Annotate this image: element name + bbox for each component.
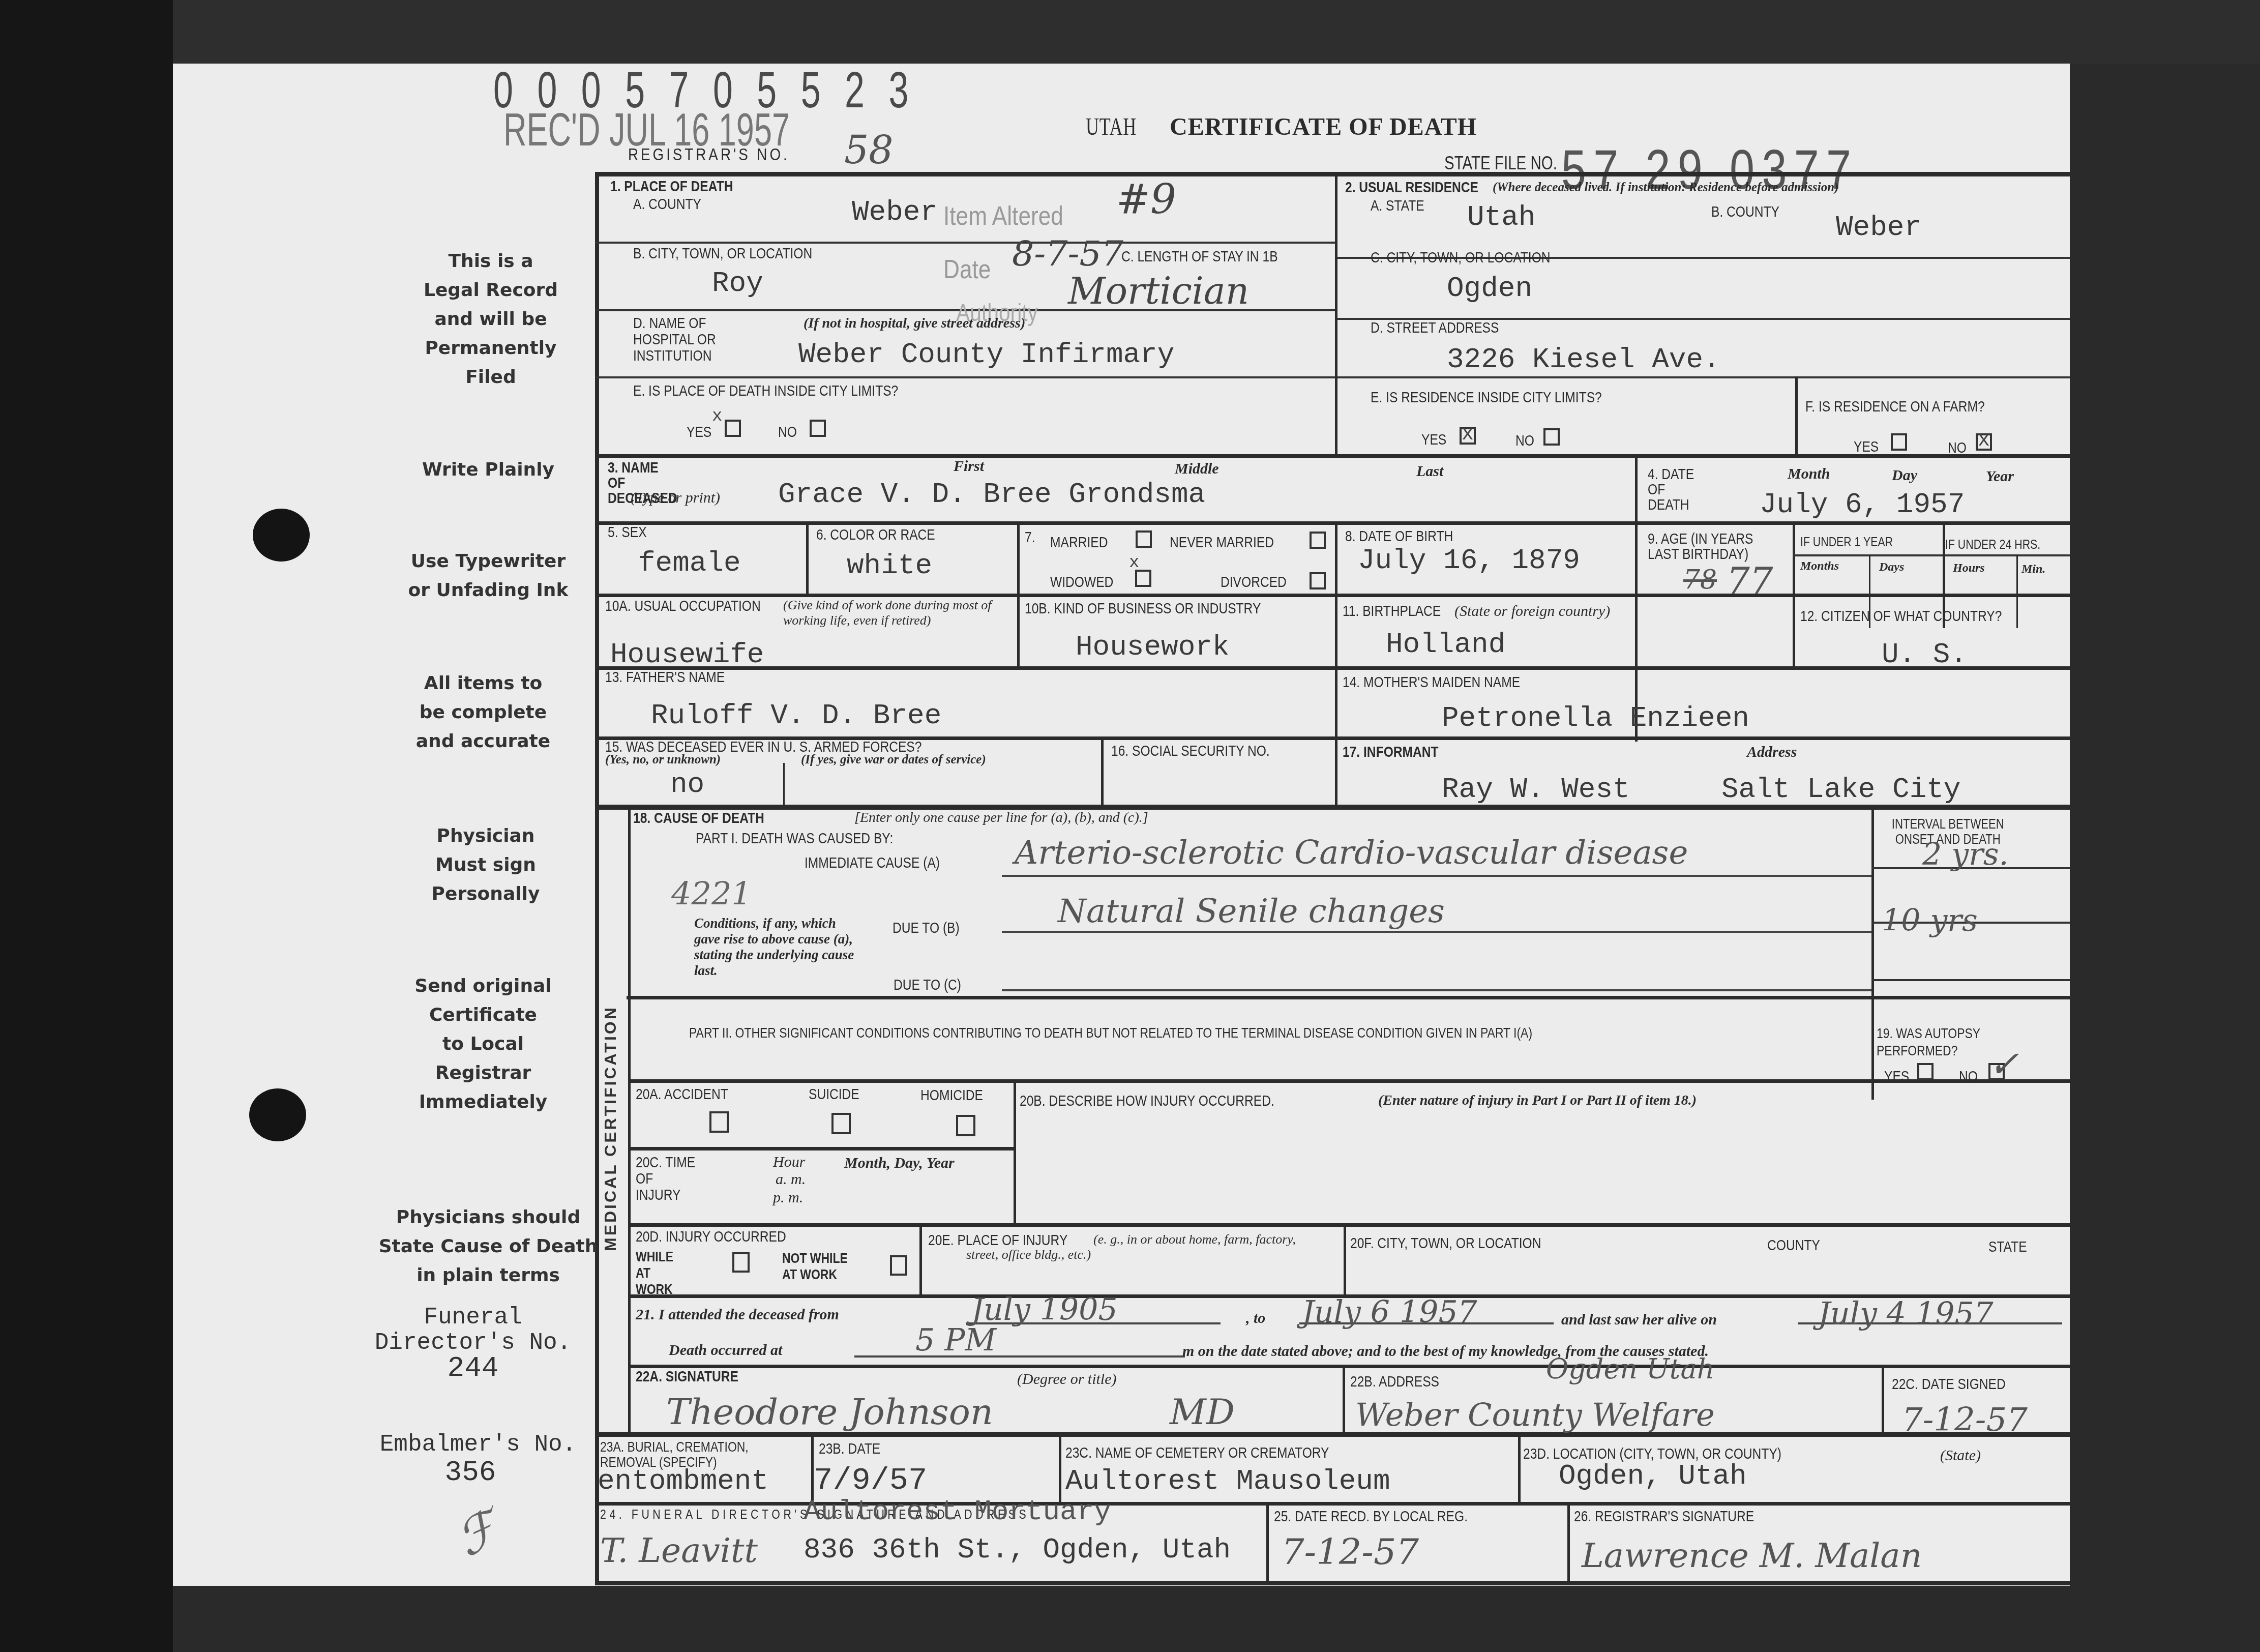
- cause-line-c: [1002, 989, 1871, 991]
- father-name: Ruloff V. D. Bree: [651, 699, 941, 732]
- cause-of-death-hint: [Enter only one cause per line for (a), …: [854, 810, 1148, 826]
- degree-label: (Degree or title): [1017, 1371, 1116, 1388]
- first-label: First: [954, 458, 984, 475]
- farm-no-label: NO: [1948, 439, 1967, 457]
- not-while-at-work-label: NOT WHILE AT WORK: [782, 1250, 849, 1283]
- min-label: Min.: [2021, 563, 2045, 576]
- date-recd-label: 25. DATE RECD. BY LOCAL REG.: [1274, 1508, 1468, 1525]
- birthplace-label: 11. BIRTHPLACE: [1343, 603, 1441, 620]
- location-state-label: (State): [1940, 1447, 1981, 1464]
- attended-to: July 6 1957: [1302, 1294, 1477, 1330]
- hospital-name: Weber County Infirmary: [798, 338, 1174, 371]
- residence-city: Ogden: [1447, 272, 1532, 305]
- divider: [1795, 376, 1798, 454]
- divider: [628, 1223, 2070, 1227]
- date-recd: 7-12-57: [1282, 1531, 1419, 1573]
- residence-state-label: a. STATE: [1371, 197, 1424, 215]
- immediate-cause-label: IMMEDIATE CAUSE (a): [805, 854, 940, 872]
- not-while-at-work-checkbox[interactable]: [890, 1255, 907, 1276]
- divider: [1871, 979, 2070, 981]
- divider: [919, 1223, 922, 1296]
- never-married-checkbox[interactable]: [1310, 532, 1326, 549]
- divider: [628, 1079, 2070, 1083]
- injury-desc-hint: (Enter nature of injury in Part I or Par…: [1378, 1093, 1697, 1109]
- accident-label: 20a. ACCIDENT: [636, 1086, 728, 1103]
- divider: [595, 454, 2070, 458]
- industry-label: 10b. KIND OF BUSINESS OR INDUSTRY: [1025, 600, 1261, 617]
- age-label: 9. AGE (In years last birthday): [1648, 532, 1765, 562]
- birthplace-hint: (State or foreign country): [1454, 603, 1610, 620]
- death-at-label: Death occurred at: [669, 1342, 782, 1359]
- injury-state-label: STATE: [1988, 1238, 2027, 1256]
- mother-maiden-name: Petronella Enzieen: [1442, 702, 1749, 734]
- farm-label: f. IS RESIDENCE ON A FARM?: [1805, 398, 1985, 416]
- part2-label: PART II. OTHER SIGNIFICANT CONDITIONS CO…: [689, 1025, 1532, 1041]
- divider: [1567, 1502, 1570, 1583]
- cause-line-b: [1002, 931, 1871, 933]
- form-border: [595, 172, 2070, 176]
- date-altered-value: 8-7-57: [1012, 234, 1123, 274]
- divider: [595, 376, 2070, 378]
- medical-certification-label: MEDICAL CERTIFICATION: [601, 1006, 620, 1251]
- item-altered-stamp: Item Altered: [943, 201, 1063, 231]
- marital-label: 7.: [1025, 529, 1035, 546]
- divider: [1335, 666, 1337, 736]
- cemetery-label: 23c. NAME OF CEMETERY OR CREMATORY: [1065, 1444, 1329, 1462]
- last-saw: July 4 1957: [1818, 1296, 1994, 1332]
- farm-yes-label: YES: [1854, 438, 1879, 456]
- day-label: Day: [1892, 467, 1917, 484]
- burial-date: 7/9/57: [814, 1462, 927, 1498]
- inside-city-label: e. IS PLACE OF DEATH INSIDE CITY LIMITS?: [633, 382, 898, 400]
- divorced-label: DIVORCED: [1221, 574, 1287, 591]
- x-mark: x: [1462, 423, 1474, 446]
- occupation-hint: (Give kind of work done during most of w…: [783, 598, 1012, 628]
- divider: [595, 666, 2070, 670]
- cemetery-name: Aultorest Mausoleum: [1065, 1465, 1390, 1497]
- sex-label: 5. SEX: [608, 524, 647, 541]
- sidebar-note-typewriter: Use Typewriter or Unfading Ink: [386, 547, 590, 605]
- divider: [595, 242, 1335, 244]
- hole-punch: [253, 509, 310, 562]
- funeral-director-no-label: Funeral Director's No.: [366, 1305, 580, 1355]
- burial-date-label: 23b. DATE: [819, 1440, 880, 1458]
- date-signed-label: 22c. DATE SIGNED: [1892, 1376, 2006, 1393]
- hospital-label: d. NAME OF HOSPITAL OR INSTITUTION: [633, 315, 737, 364]
- due-to-b-label: DUE TO (b): [893, 920, 960, 937]
- physician-degree: MD: [1170, 1391, 1235, 1433]
- sex: female: [638, 547, 741, 579]
- days-label: Days: [1879, 560, 1904, 574]
- autopsy-yes-label: YES: [1884, 1068, 1909, 1085]
- autopsy-no-label: NO: [1959, 1068, 1978, 1085]
- divider: [1266, 1502, 1269, 1583]
- informant-address-label: Address: [1747, 744, 1797, 761]
- street-label: d. STREET ADDRESS: [1371, 319, 1499, 337]
- registrar-no-label: REGISTRAR'S NO.: [628, 145, 790, 165]
- divider: [1014, 1079, 1016, 1226]
- county-label: a. COUNTY: [633, 196, 701, 213]
- suicide-label: SUICIDE: [809, 1086, 859, 1103]
- year-label: Year: [1986, 468, 2014, 485]
- month-label: Month: [1788, 465, 1830, 483]
- divider: [806, 521, 809, 595]
- divider: [2016, 554, 2018, 628]
- residence-no-label: NO: [1515, 432, 1534, 450]
- attended-label: 21. I attended the deceased from: [636, 1306, 839, 1323]
- residence-county-label: b. COUNTY: [1711, 203, 1779, 221]
- divider: [1518, 1434, 1521, 1503]
- item-altered-value: #9: [1116, 175, 1176, 223]
- registrar-signature-label: 26. REGISTRAR'S SIGNATURE: [1574, 1508, 1754, 1525]
- autopsy-label: 19. WAS AUTOPSY PERFORMED?: [1877, 1025, 1989, 1059]
- interval-a: 2 yrs.: [1922, 837, 2009, 872]
- divider: [1635, 454, 1638, 742]
- cause-of-death-header: 18. CAUSE OF DEATH: [633, 810, 764, 827]
- part1-label: PART I. DEATH WAS CAUSED BY:: [696, 830, 893, 847]
- sidebar-note-plain-terms: Physicians should State Cause of Death i…: [376, 1203, 600, 1290]
- accident-checkbox[interactable]: [709, 1111, 729, 1133]
- divider: [1871, 996, 1874, 1079]
- am-label: a. m.: [776, 1171, 806, 1188]
- widowed-label: WIDOWED: [1050, 574, 1113, 591]
- divider: [1343, 1365, 1345, 1433]
- residence-county: Weber: [1836, 211, 1921, 244]
- injury-city-label: 20f. CITY, TOWN, OR LOCATION: [1350, 1235, 1541, 1252]
- embalmer-no-label: Embalmer's No.: [371, 1432, 585, 1457]
- ssn-label: 16. SOCIAL SECURITY NO.: [1111, 743, 1270, 760]
- citizen-label: 12. CITIZEN OF WHAT COUNTRY?: [1800, 608, 2002, 625]
- residence-yes-label: YES: [1421, 431, 1446, 449]
- divider: [783, 763, 785, 806]
- divider: [595, 521, 2070, 525]
- autopsy-yes-checkbox[interactable]: [1917, 1063, 1934, 1080]
- age-struck: 78: [1683, 565, 1717, 595]
- divider: [1059, 1434, 1061, 1503]
- divider: [595, 594, 2070, 597]
- pm-label: p. m.: [773, 1189, 803, 1206]
- x-mark: x: [712, 407, 722, 426]
- due-to-b: Natural Senile changes: [1058, 893, 1445, 930]
- under-1-year-label: IF UNDER 1 YEAR: [1800, 534, 1893, 550]
- physician-address-line1: Ogden Utah: [1546, 1353, 1715, 1385]
- divider: [1344, 1223, 1346, 1296]
- injury-occurred-label: 20d. INJURY OCCURRED: [636, 1228, 786, 1246]
- length-of-stay-label: c. LENGTH OF STAY IN 1b: [1121, 248, 1278, 265]
- sidebar-note-physician-sign: Physician Must sign Personally: [384, 821, 587, 908]
- divider: [1335, 172, 1337, 454]
- injury-desc-label: 20b. DESCRIBE HOW INJURY OCCURRED.: [1020, 1093, 1274, 1110]
- scan-background-top: [173, 0, 2260, 64]
- date-signed: 7-12-57: [1902, 1401, 2028, 1439]
- months-label: Months: [1800, 559, 1839, 573]
- divider: [628, 1147, 1014, 1150]
- authority-value: Mortician: [1068, 270, 1249, 312]
- date-of-death-label: 4. DATE OF DEATH: [1648, 467, 1698, 513]
- x-mark: x: [1129, 553, 1139, 573]
- place-injury-hint: (e. g., in or about home, farm, factory,…: [966, 1232, 1322, 1262]
- date-of-birth: July 16, 1879: [1358, 544, 1580, 577]
- deceased-name-hint: (Type or print): [631, 489, 720, 507]
- x-mark: x: [1978, 429, 1990, 452]
- armed-forces-hint-b: (If yes, give war or dates of service): [801, 753, 986, 767]
- usual-occupation: Housewife: [610, 638, 764, 671]
- hour-label: Hour: [773, 1154, 805, 1171]
- usual-residence-header: 2. USUAL RESIDENCE: [1345, 179, 1478, 196]
- armed-forces-hint-a: (Yes, no, or unknown): [605, 753, 721, 767]
- inside-city-no-checkbox[interactable]: [810, 420, 826, 437]
- embalmer-no: 356: [364, 1460, 577, 1485]
- hole-punch: [249, 1088, 306, 1141]
- citizenship: U. S.: [1882, 638, 1967, 671]
- occupation-label: 10a. USUAL OCCUPATION: [605, 598, 761, 615]
- form-border: [595, 172, 599, 1585]
- armed-forces: no: [670, 768, 704, 801]
- father-label: 13. FATHER'S NAME: [605, 669, 725, 686]
- last-saw-label: and last saw her alive on: [1561, 1311, 1717, 1329]
- sidebar-note-complete: All items to be complete and accurate: [381, 669, 585, 756]
- divider: [1882, 1365, 1884, 1433]
- cause-code: 4221: [671, 875, 752, 912]
- inside-city-no-label: NO: [778, 424, 797, 441]
- divider: [1793, 554, 2070, 556]
- informant-name: Ray W. West: [1442, 773, 1630, 806]
- divider: [628, 1365, 2070, 1368]
- sidebar-note-send-original: Send original Certificate to Local Regis…: [381, 971, 585, 1116]
- residence-inside-city-no-checkbox[interactable]: [1543, 428, 1560, 446]
- place-of-death-header: 1. PLACE OF DEATH: [610, 178, 733, 195]
- residence-city-label: c. CITY, TOWN, OR LOCATION: [1371, 249, 1551, 267]
- death-at: 5 PM: [915, 1322, 996, 1358]
- time-of-injury-label: 20c. TIME OF INJURY: [636, 1155, 698, 1203]
- check-mark: ✓: [1988, 1043, 2019, 1085]
- address-label: 22b. ADDRESS: [1350, 1373, 1439, 1391]
- last-label: Last: [1416, 463, 1443, 480]
- city-label: b. CITY, TOWN, OR LOCATION: [633, 245, 812, 262]
- to-label: , to: [1246, 1310, 1265, 1327]
- usual-residence-hint: (Where deceased lived. If institution: R…: [1493, 181, 1838, 195]
- date-altered-label: Date: [943, 254, 991, 285]
- farm-yes-checkbox[interactable]: [1891, 433, 1907, 451]
- hours-label: Hours: [1953, 562, 1985, 575]
- sidebar-note-write-plainly: Write Plainly: [386, 455, 590, 484]
- homicide-checkbox[interactable]: [956, 1115, 975, 1136]
- funeral-director-signature: T. Leavitt: [600, 1531, 758, 1570]
- cause-line-a: [1002, 875, 1871, 877]
- residence-state: Utah: [1467, 201, 1535, 233]
- death-time-line: [854, 1355, 1185, 1358]
- registrar-signature: Lawrence M. Malan: [1582, 1536, 1922, 1575]
- death-county: Weber: [852, 196, 937, 228]
- divorced-checkbox[interactable]: [1310, 572, 1326, 589]
- informant-label: 17. INFORMANT: [1343, 744, 1439, 761]
- informant-address: Salt Lake City: [1721, 773, 1960, 806]
- race-label: 6. COLOR OR RACE: [816, 526, 935, 544]
- divider: [627, 996, 2070, 999]
- suicide-checkbox[interactable]: [831, 1113, 851, 1134]
- inside-city-yes-label: YES: [687, 424, 711, 441]
- page-title: CERTIFICATE OF DEATH: [1170, 113, 1477, 141]
- divider: [1335, 521, 1337, 806]
- conditions-hint: Conditions, if any, which gave rise to a…: [694, 916, 857, 979]
- hospital-hint: (If not in hospital, give street address…: [804, 315, 1025, 332]
- married-checkbox[interactable]: [1136, 530, 1152, 548]
- inside-city-yes-checkbox[interactable]: [725, 420, 741, 437]
- funeral-director-no: 244: [366, 1355, 580, 1381]
- never-married-label: NEVER MARRIED: [1170, 534, 1274, 551]
- sidebar-note-legal-record: This is a Legal Record and will be Perma…: [389, 247, 592, 392]
- race: white: [847, 549, 932, 582]
- while-at-work-label: WHILE AT WORK: [636, 1249, 681, 1297]
- under-24-hours-label: IF UNDER 24 HRS.: [1945, 537, 2040, 552]
- divider: [628, 805, 631, 1433]
- mdy-label: Month, Day, Year: [844, 1155, 955, 1172]
- street-address: 3226 Kiesel Ave.: [1447, 343, 1720, 376]
- physician-signature: Theodore Johnson: [666, 1391, 993, 1433]
- burial-type: entombment: [598, 1465, 768, 1497]
- form-border: [595, 1581, 2070, 1585]
- deceased-name: Grace V. D. Bree Grondsma: [778, 478, 1205, 511]
- state-file-label: STATE FILE NO.: [1444, 153, 1557, 174]
- date-of-death: July 6, 1957: [1760, 488, 1965, 521]
- injury-county-label: COUNTY: [1767, 1237, 1820, 1254]
- age: 77: [1727, 559, 1773, 602]
- mother-label: 14. MOTHER'S MAIDEN NAME: [1343, 674, 1520, 691]
- burial-location: Ogden, Utah: [1559, 1460, 1747, 1492]
- funeral-home-address: 836 36th St., Ogden, Utah: [804, 1533, 1231, 1566]
- death-city: Roy: [712, 267, 763, 300]
- signature-label: 22a. SIGNATURE: [636, 1368, 738, 1385]
- due-to-c-label: DUE TO (c): [894, 977, 961, 994]
- funeral-home-name: Aultorest Mortuary: [804, 1495, 1111, 1528]
- immediate-cause: Arterio-sclerotic Cardio-vascular diseas…: [1015, 834, 1688, 872]
- dob-label: 8. DATE OF BIRTH: [1345, 528, 1453, 545]
- married-label: MARRIED: [1050, 534, 1108, 551]
- interval-b: 10 yrs: [1882, 903, 1978, 938]
- residence-inside-city-label: e. IS RESIDENCE INSIDE CITY LIMITS?: [1371, 389, 1602, 406]
- divider: [1101, 736, 1104, 806]
- title-prefix: UTAH: [1086, 113, 1137, 141]
- registrar-no: 58: [844, 127, 894, 172]
- kind-of-industry: Housework: [1076, 631, 1229, 663]
- middle-label: Middle: [1175, 460, 1219, 478]
- birthplace: Holland: [1386, 628, 1505, 661]
- physician-address-line2: Weber County Welfare: [1355, 1396, 1715, 1433]
- homicide-label: HOMICIDE: [920, 1087, 983, 1104]
- while-at-work-checkbox[interactable]: [732, 1252, 750, 1273]
- scan-background-left: [0, 0, 173, 1652]
